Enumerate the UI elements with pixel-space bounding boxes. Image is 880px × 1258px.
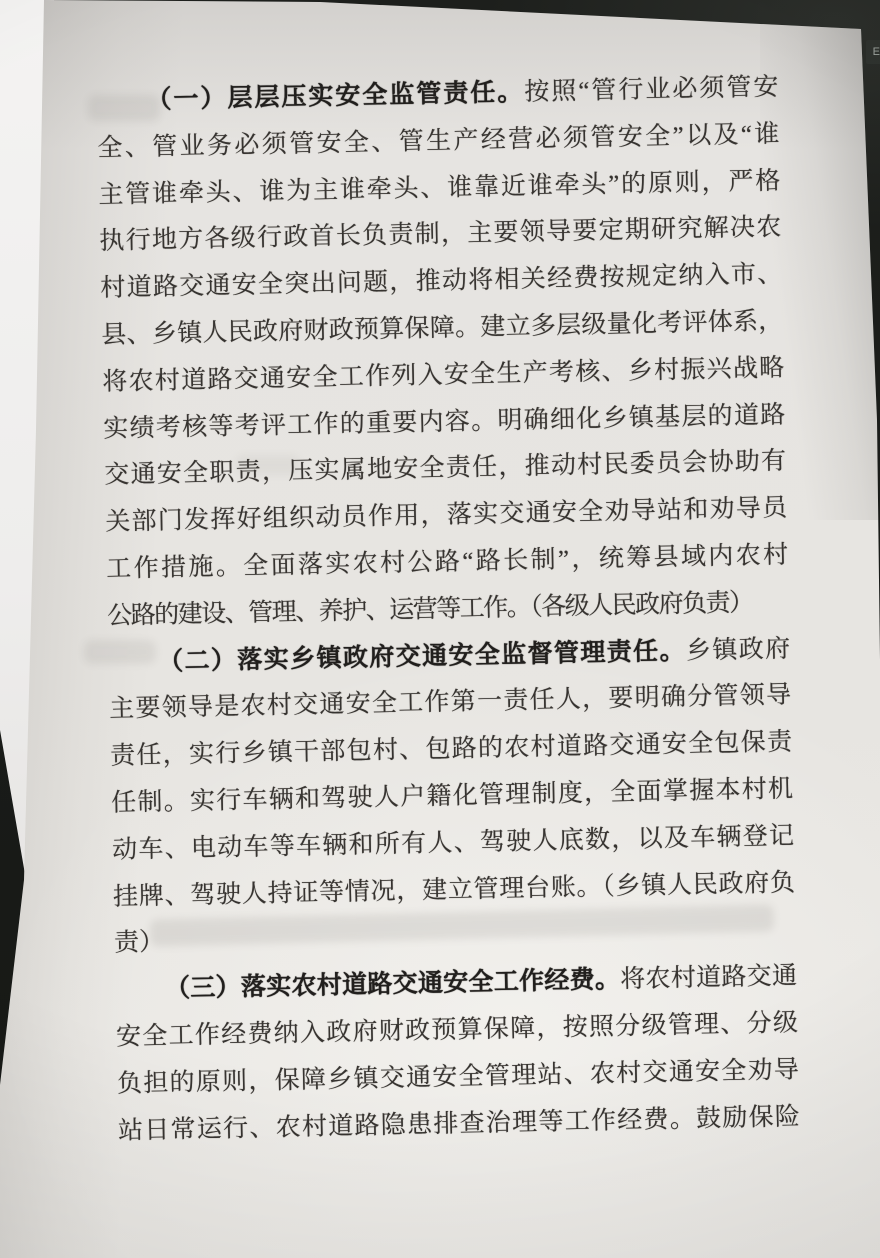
- line-text: 乡镇政府: [686, 635, 791, 664]
- keyboard-key-label: E: [873, 46, 880, 58]
- keyboard-key-partial: E: [866, 40, 880, 64]
- section-heading: （三）落实农村道路交通安全工作经费。: [165, 966, 621, 1003]
- line-text: 将农村道路交通: [620, 963, 797, 994]
- section-heading: （一）层层压实安全监管责任。: [146, 79, 524, 114]
- photo-of-document: E （一）层层压实安全监管责任。按照“管行业必须管安 全、管业务必须管安全、管生…: [0, 0, 880, 1258]
- line-text: 按照“管行业必须管安: [524, 74, 779, 106]
- document-text: （一）层层压实安全监管责任。按照“管行业必须管安 全、管业务必须管安全、管生产经…: [96, 65, 800, 1155]
- paper-sheet: （一）层层压实安全监管责任。按照“管行业必须管安 全、管业务必须管安全、管生产经…: [0, 0, 880, 1258]
- section-heading: （二）落实乡镇政府交通安全监督管理责任。: [158, 637, 686, 675]
